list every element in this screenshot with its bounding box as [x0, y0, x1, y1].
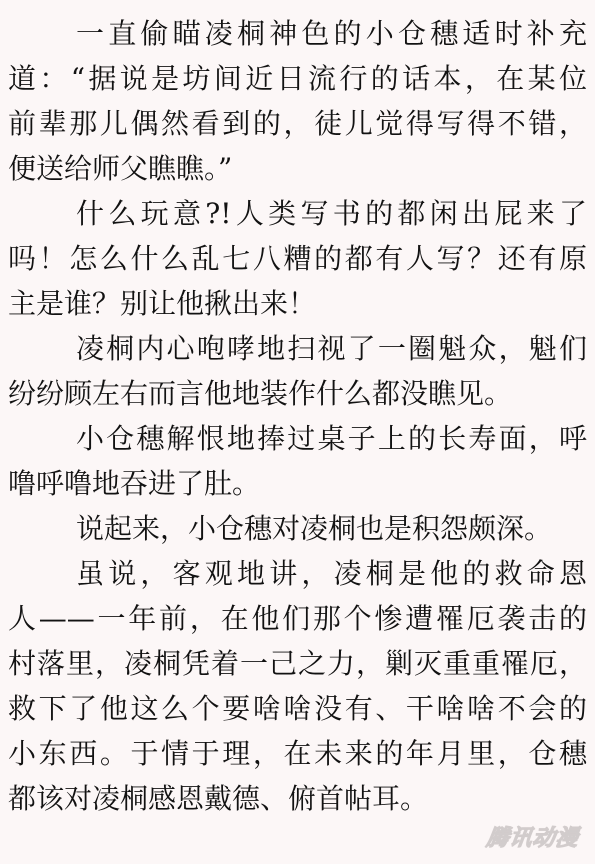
- tencent-comics-watermark: 腾讯动漫: [485, 821, 581, 852]
- text-line: 小东西。于情于理，在未来的年月里，仓穗: [8, 731, 587, 776]
- text-line: 都该对凌桐感恩戴德、俯首帖耳。: [8, 776, 587, 821]
- text-line: 凌桐内心咆哮地扫视了一圈魁众，魁们: [8, 326, 587, 371]
- text-line: 主是谁？别让他揪出来！: [8, 281, 587, 326]
- text-line: 纷纷顾左右而言他地装作什么都没瞧见。: [8, 371, 587, 416]
- text-line: 便送给师父瞧瞧。”: [8, 146, 587, 191]
- text-line: 前辈那儿偶然看到的，徒儿觉得写得不错，: [8, 101, 587, 146]
- text-line: 救下了他这么个要啥啥没有、干啥啥不会的: [8, 686, 587, 731]
- text-line: 吗！怎么什么乱七八糟的都有人写？还有原: [8, 236, 587, 281]
- text-line: 什么玩意?!人类写书的都闲出屁来了: [8, 191, 587, 236]
- text-line: 虽说，客观地讲，凌桐是他的救命恩: [8, 551, 587, 596]
- text-line: 道：“据说是坊间近日流行的话本，在某位: [8, 56, 587, 101]
- text-line: 人——一年前，在他们那个惨遭罹厄袭击的: [8, 596, 587, 641]
- text-line: 说起来，小仓穗对凌桐也是积怨颇深。: [8, 506, 587, 551]
- text-line: 小仓穗解恨地捧过桌子上的长寿面，呼: [8, 416, 587, 461]
- text-line: 噜呼噜地吞进了肚。: [8, 461, 587, 506]
- text-line: 村落里，凌桐凭着一己之力，剿灭重重罹厄，: [8, 641, 587, 686]
- text-line: 一直偷瞄凌桐神色的小仓穗适时补充: [8, 11, 587, 56]
- novel-text-page: 一直偷瞄凌桐神色的小仓穗适时补充 道：“据说是坊间近日流行的话本，在某位 前辈那…: [0, 0, 595, 864]
